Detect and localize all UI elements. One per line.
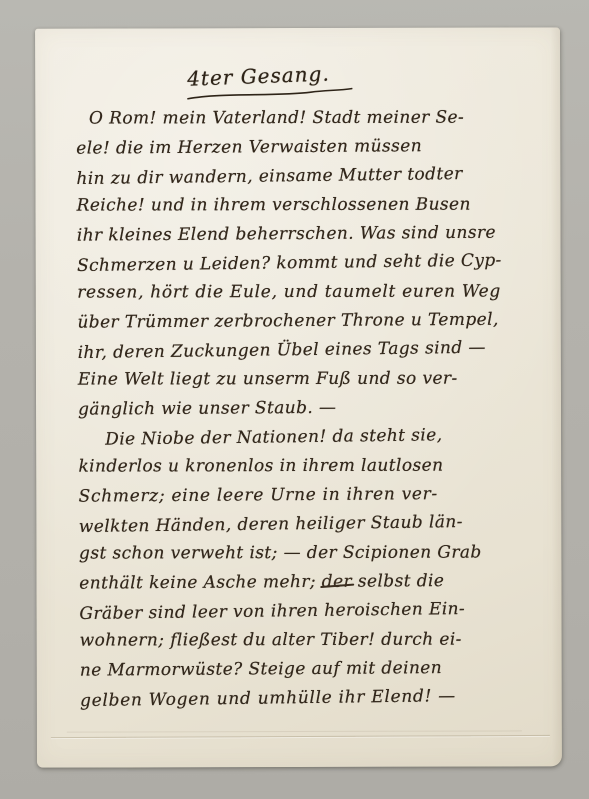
manuscript-line: gänglich wie unser Staub. — bbox=[78, 392, 548, 424]
manuscript-line: ressen, hört die Eule, und taumelt euren… bbox=[77, 277, 547, 307]
manuscript-line: Eine Welt liegt zu unserm Fuß und so ver… bbox=[78, 364, 548, 394]
manuscript-line: gst schon verweht ist; — der Scipionen G… bbox=[79, 538, 549, 568]
manuscript-line: Reiche! und in ihrem verschlossenen Buse… bbox=[77, 190, 547, 220]
manuscript-line: gelben Wogen und umhülle ihr Elend! — bbox=[80, 681, 550, 716]
manuscript-line: Die Niobe der Nationen! da steht sie, bbox=[78, 420, 548, 455]
manuscript-line: O Rom! mein Vaterland! Stadt meiner Se- bbox=[76, 103, 546, 133]
manuscript-line: über Trümmer zerbrochener Throne u Tempe… bbox=[77, 305, 547, 337]
paper-crease-line-faint bbox=[67, 730, 522, 732]
photo-background: 4ter Gesang. O Rom! mein Vaterland! Stad… bbox=[0, 0, 589, 799]
manuscript-line: Schmerzen u Leiden? kommt und seht die C… bbox=[77, 246, 547, 281]
manuscript-line: ele! die im Herzen Verwaisten müssen bbox=[76, 131, 546, 163]
manuscript-line: wohnern; fließest du alter Tiber! durch … bbox=[80, 625, 550, 655]
manuscript-line: Schmerz; eine leere Urne in ihren ver- bbox=[79, 479, 549, 511]
struck-out-word: der bbox=[322, 572, 352, 592]
paper-crease-line bbox=[51, 735, 550, 738]
paper-edge-shadow bbox=[550, 27, 562, 766]
line-text-after-correction: selbst die bbox=[352, 571, 444, 592]
manuscript-line: ihr kleines Elend beherrschen. Was sind … bbox=[77, 218, 547, 250]
manuscript-line: ne Marmorwüste? Steige auf mit deinen bbox=[80, 653, 550, 685]
manuscript-page: 4ter Gesang. O Rom! mein Vaterland! Stad… bbox=[35, 27, 562, 767]
manuscript-body: O Rom! mein Vaterland! Stadt meiner Se- … bbox=[76, 102, 550, 714]
manuscript-heading: 4ter Gesang. bbox=[187, 61, 330, 90]
manuscript-line: welkten Händen, deren heiliger Staub län… bbox=[79, 507, 549, 542]
manuscript-line: Gräber sind leer von ihren heroischen Ei… bbox=[79, 594, 549, 629]
manuscript-line: kinderlos u kronenlos in ihrem lautlosen bbox=[78, 451, 548, 481]
line-text-before-correction: enthält keine Asche mehr; bbox=[79, 572, 322, 594]
manuscript-line-with-correction: enthält keine Asche mehr; der selbst die bbox=[79, 566, 549, 598]
manuscript-line: hin zu dir wandern, einsame Mutter todte… bbox=[76, 159, 546, 194]
manuscript-line: ihr, deren Zuckungen Übel eines Tags sin… bbox=[77, 333, 547, 368]
